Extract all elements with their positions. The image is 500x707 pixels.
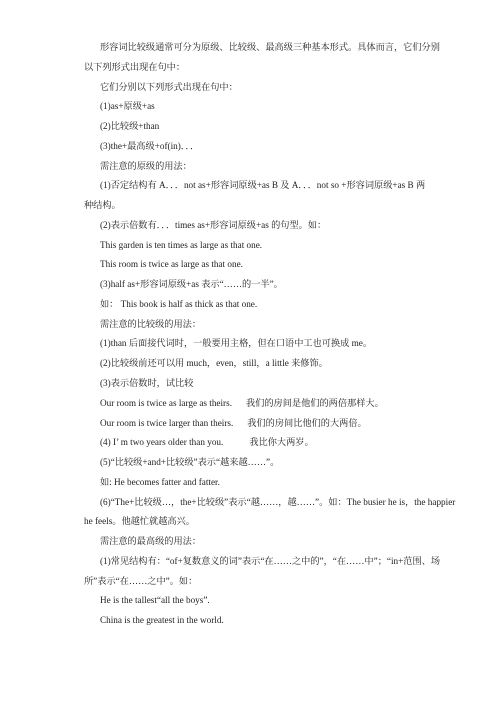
document-page: 形容词比较级通常可分为原级、比较级、最高级三种基本形式。具体而言，它们分别 以下… [0,0,500,707]
example-pair: Our room is twice as large as theirs.我们的… [84,394,424,414]
section-heading-comparative: 需注意的比较级的用法： [84,315,424,335]
form-item-1: (1)as+原级+as [84,97,424,117]
superlative-rule-1: (1)常见结构有：“of+复数意义的词”表示“在……之中的”，“在……中”；“i… [84,552,424,572]
example-sentence: He is the tallest“all the boys”. [84,591,424,611]
comparative-rule-6: (6)“The+比较级…，the+比较级”表示“越……，越……”。如：The b… [84,493,424,513]
superlative-rule-1-cont: 所”表示“在……之中”。如： [84,572,424,592]
comparative-rule-2: (2)比较级前还可以用 much，even，still，a little 来修饰… [84,354,424,374]
section-heading-superlative: 需注意的最高级的用法： [84,532,424,552]
example-sentence: 如: He becomes fatter and fatter. [84,473,424,493]
comparative-rule-6-cont: he feels。他越忙就越高兴。 [84,512,424,532]
paragraph-intro: 形容词比较级通常可分为原级、比较级、最高级三种基本形式。具体而言，它们分别 [84,38,424,58]
comparative-rule-3: (3)表示倍数时，试比较 [84,374,424,394]
positive-rule-3: (3)half as+形容词原级+as 表示“……的一半”。 [84,275,424,295]
comparative-rule-5: (5)“比较级+and+比较级”表示“越来越……”。 [84,453,424,473]
example-sentence: China is the greatest in the world. [84,611,424,631]
form-item-3: (3)the+最高级+of(in)．．． [84,137,424,157]
example-chinese: 我们的房间是他们的两倍那样大。 [246,398,384,408]
example-chinese: 我比你大两岁。 [249,437,313,447]
example-english: Our room is twice larger than theirs. [100,418,233,428]
example-sentence: This garden is ten times as large as tha… [84,236,424,256]
document-body: 形容词比较级通常可分为原级、比较级、最高级三种基本形式。具体而言，它们分别 以下… [84,38,424,631]
positive-rule-1-cont: 种结构。 [84,196,424,216]
example-pair: Our room is twice larger than theirs.我们的… [84,414,424,434]
positive-rule-2: (2)表示倍数有．．．times as+形容词原级+as 的句型。如： [84,216,424,236]
example-pair: (4) I’ m two years older than you.我比你大两岁… [84,433,424,453]
example-english: (4) I’ m two years older than you. [100,437,223,447]
example-sentence: 如： This book is half as thick as that on… [84,295,424,315]
form-item-2: (2)比较级+than [84,117,424,137]
paragraph-forms-heading: 它们分别以下列形式出现在句中： [84,78,424,98]
example-sentence: This room is twice as large as that one. [84,255,424,275]
example-english: Our room is twice as large as theirs. [100,398,232,408]
example-chinese: 我们的房间比他们的大两倍。 [247,418,366,428]
paragraph-intro-cont: 以下列形式出现在句中： [84,58,424,78]
positive-rule-1: (1)否定结构有 A．．．not as+形容词原级+as B 及 A．．．not… [84,176,424,196]
comparative-rule-1: (1)than 后面接代词时，一般要用主格，但在口语中工也可换成 me。 [84,334,424,354]
section-heading-positive: 需注意的原级的用法： [84,157,424,177]
